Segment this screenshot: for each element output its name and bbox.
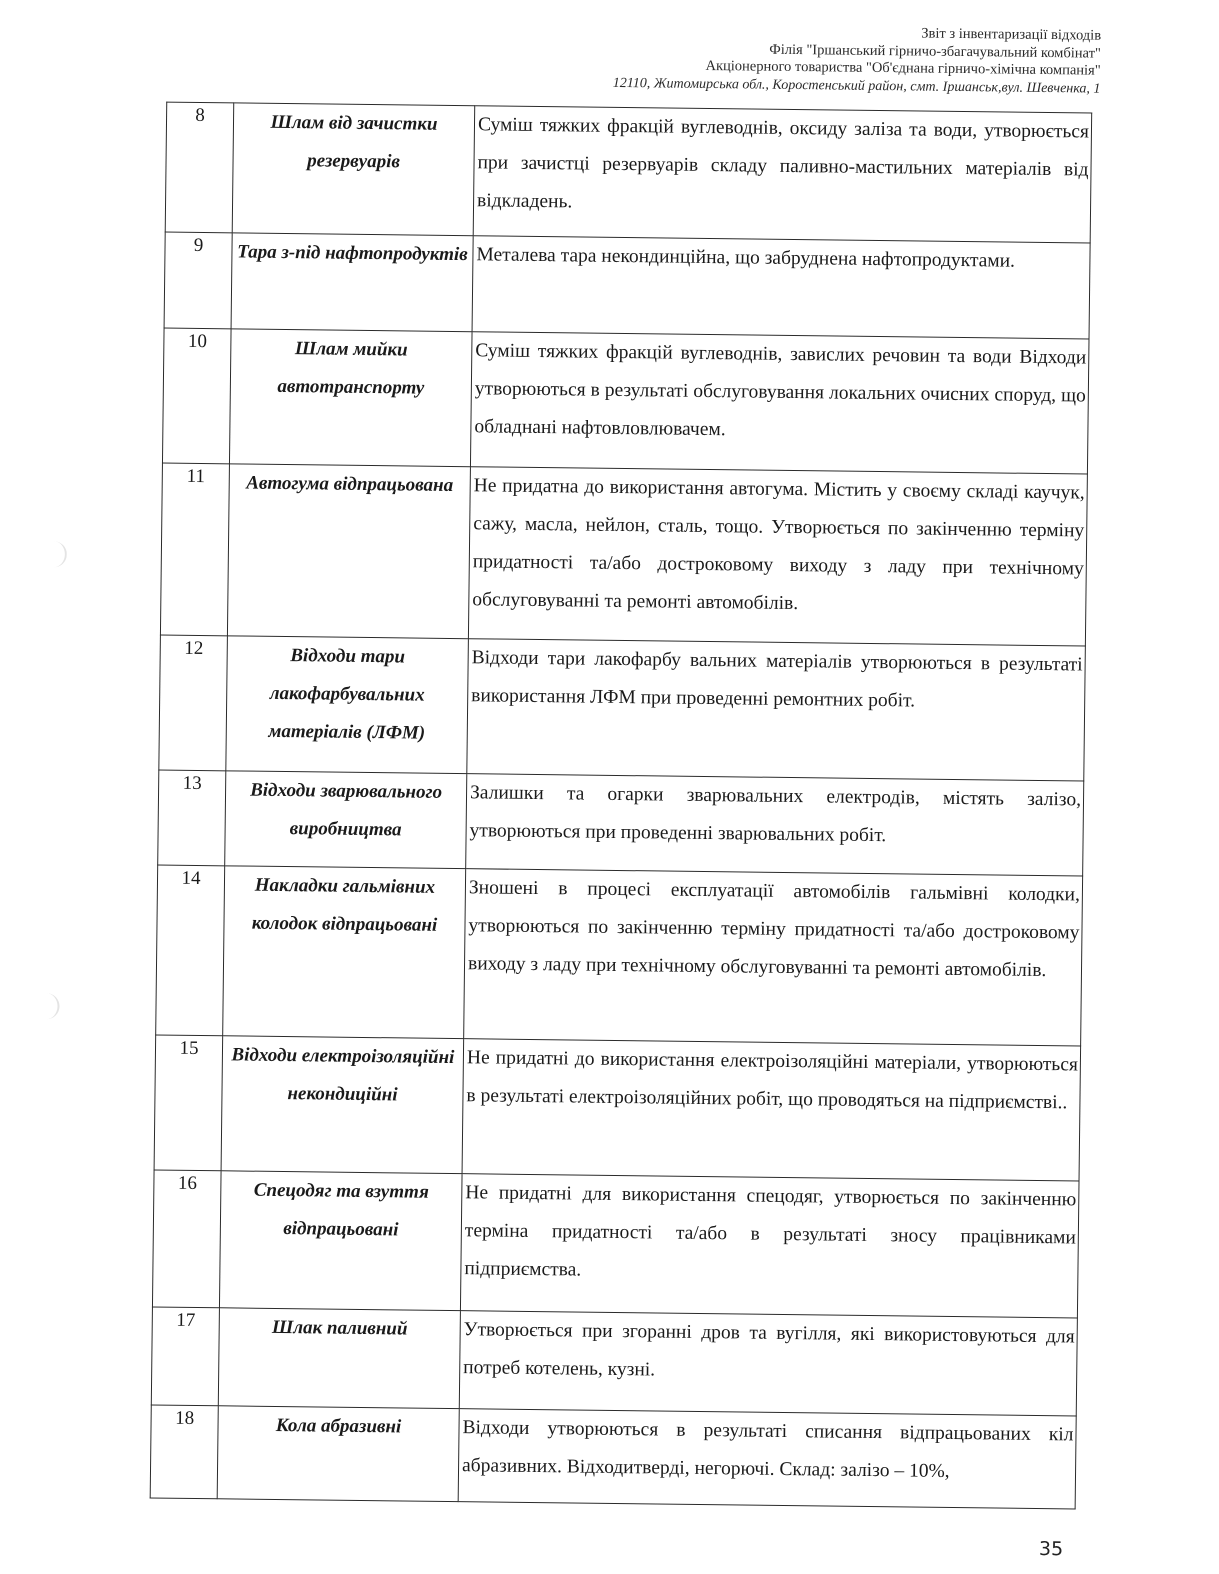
table-row: 8Шлам від зачистки резервуарівСуміш тяжк… <box>165 102 1091 243</box>
hole-punch-mark <box>43 993 59 1019</box>
waste-name: Шлак паливний <box>218 1308 460 1409</box>
table-row: 13Відходи зварювального виробництваЗалиш… <box>158 770 1084 876</box>
row-number: 8 <box>165 102 234 233</box>
waste-description: Залишки та огарки зварювальних електроді… <box>466 774 1084 876</box>
table-row: 14Накладки гальмівних колодок відпрацьов… <box>156 865 1083 1046</box>
waste-name: Шлам мийки автотранспорту <box>229 329 472 467</box>
hole-punch-mark <box>51 541 67 567</box>
row-number: 16 <box>152 1170 221 1308</box>
page-number: 35 <box>1039 1538 1063 1560</box>
row-number: 9 <box>164 232 232 329</box>
waste-description: Не придатна до використання автогума. Мі… <box>468 467 1087 646</box>
waste-description: Зношені в процесі експлуатації автомобіл… <box>464 869 1083 1046</box>
waste-description: Утворюється при згоранні дров та вугілля… <box>459 1311 1077 1416</box>
waste-name: Автогума відпрацьована <box>227 464 470 639</box>
waste-description: Не придатні до використання електроізоля… <box>462 1039 1081 1181</box>
waste-name: Відходи електроізоляційні некондиційні <box>221 1036 464 1174</box>
waste-name: Спецодяг та взуття відпрацьовані <box>219 1171 462 1311</box>
table-row: 11Автогума відпрацьованаНе придатна до в… <box>160 463 1087 646</box>
waste-description: Суміш тяжких фракцій вуглеводнів, зависл… <box>470 332 1089 474</box>
document-page: Звіт з інвентаризації відходів Філія "Ір… <box>0 0 1219 1574</box>
row-number: 18 <box>150 1405 218 1499</box>
table-body: 8Шлам від зачистки резервуарівСуміш тяжк… <box>150 102 1092 1509</box>
table-row: 9Тара з-під нафтопродуктівМеталева тара … <box>164 232 1090 339</box>
table-row: 12Відходи тари лакофарбувальних матеріал… <box>159 635 1086 781</box>
row-number: 17 <box>151 1307 219 1406</box>
row-number: 10 <box>162 328 231 464</box>
waste-description: Відходи тари лакофарбу вальних матеріалі… <box>467 639 1086 781</box>
row-number: 14 <box>156 865 225 1036</box>
waste-description: Не придатні для використання спецодяг, у… <box>460 1174 1079 1318</box>
waste-name: Відходи тари лакофарбувальних матеріалів… <box>226 636 469 774</box>
waste-name: Відходи зварювального виробництва <box>225 771 467 869</box>
waste-name: Накладки гальмівних колодок відпрацьован… <box>223 866 466 1039</box>
waste-name: Тара з-під нафтопродуктів <box>231 233 473 332</box>
table-row: 16Спецодяг та взуття відпрацьованіНе при… <box>152 1170 1079 1318</box>
row-number: 11 <box>160 463 229 636</box>
waste-name: Шлам від зачистки резервуарів <box>232 103 475 236</box>
waste-name: Кола абразивні <box>217 1406 459 1502</box>
document-header: Звіт з інвентаризації відходів Філія "Ір… <box>613 22 1102 98</box>
table-row: 10Шлам мийки автотранспортуСуміш тяжких … <box>162 328 1089 474</box>
row-number: 13 <box>158 770 226 866</box>
table-row: 17Шлак паливнийУтворюється при згоранні … <box>151 1307 1077 1416</box>
table-row: 15Відходи електроізоляційні некондиційні… <box>154 1035 1081 1181</box>
waste-description: Металева тара некондинційна, що забрудне… <box>472 236 1090 339</box>
waste-description: Суміш тяжких фракцій вуглеводнів, оксиду… <box>473 106 1091 243</box>
row-number: 15 <box>154 1035 223 1171</box>
waste-inventory-table: 8Шлам від зачистки резервуарівСуміш тяжк… <box>150 102 1093 1510</box>
row-number: 12 <box>159 635 228 771</box>
waste-description: Відходи утворюються в результаті списанн… <box>458 1409 1076 1509</box>
table-row: 18Кола абразивніВідходи утворюються в ре… <box>150 1405 1076 1509</box>
